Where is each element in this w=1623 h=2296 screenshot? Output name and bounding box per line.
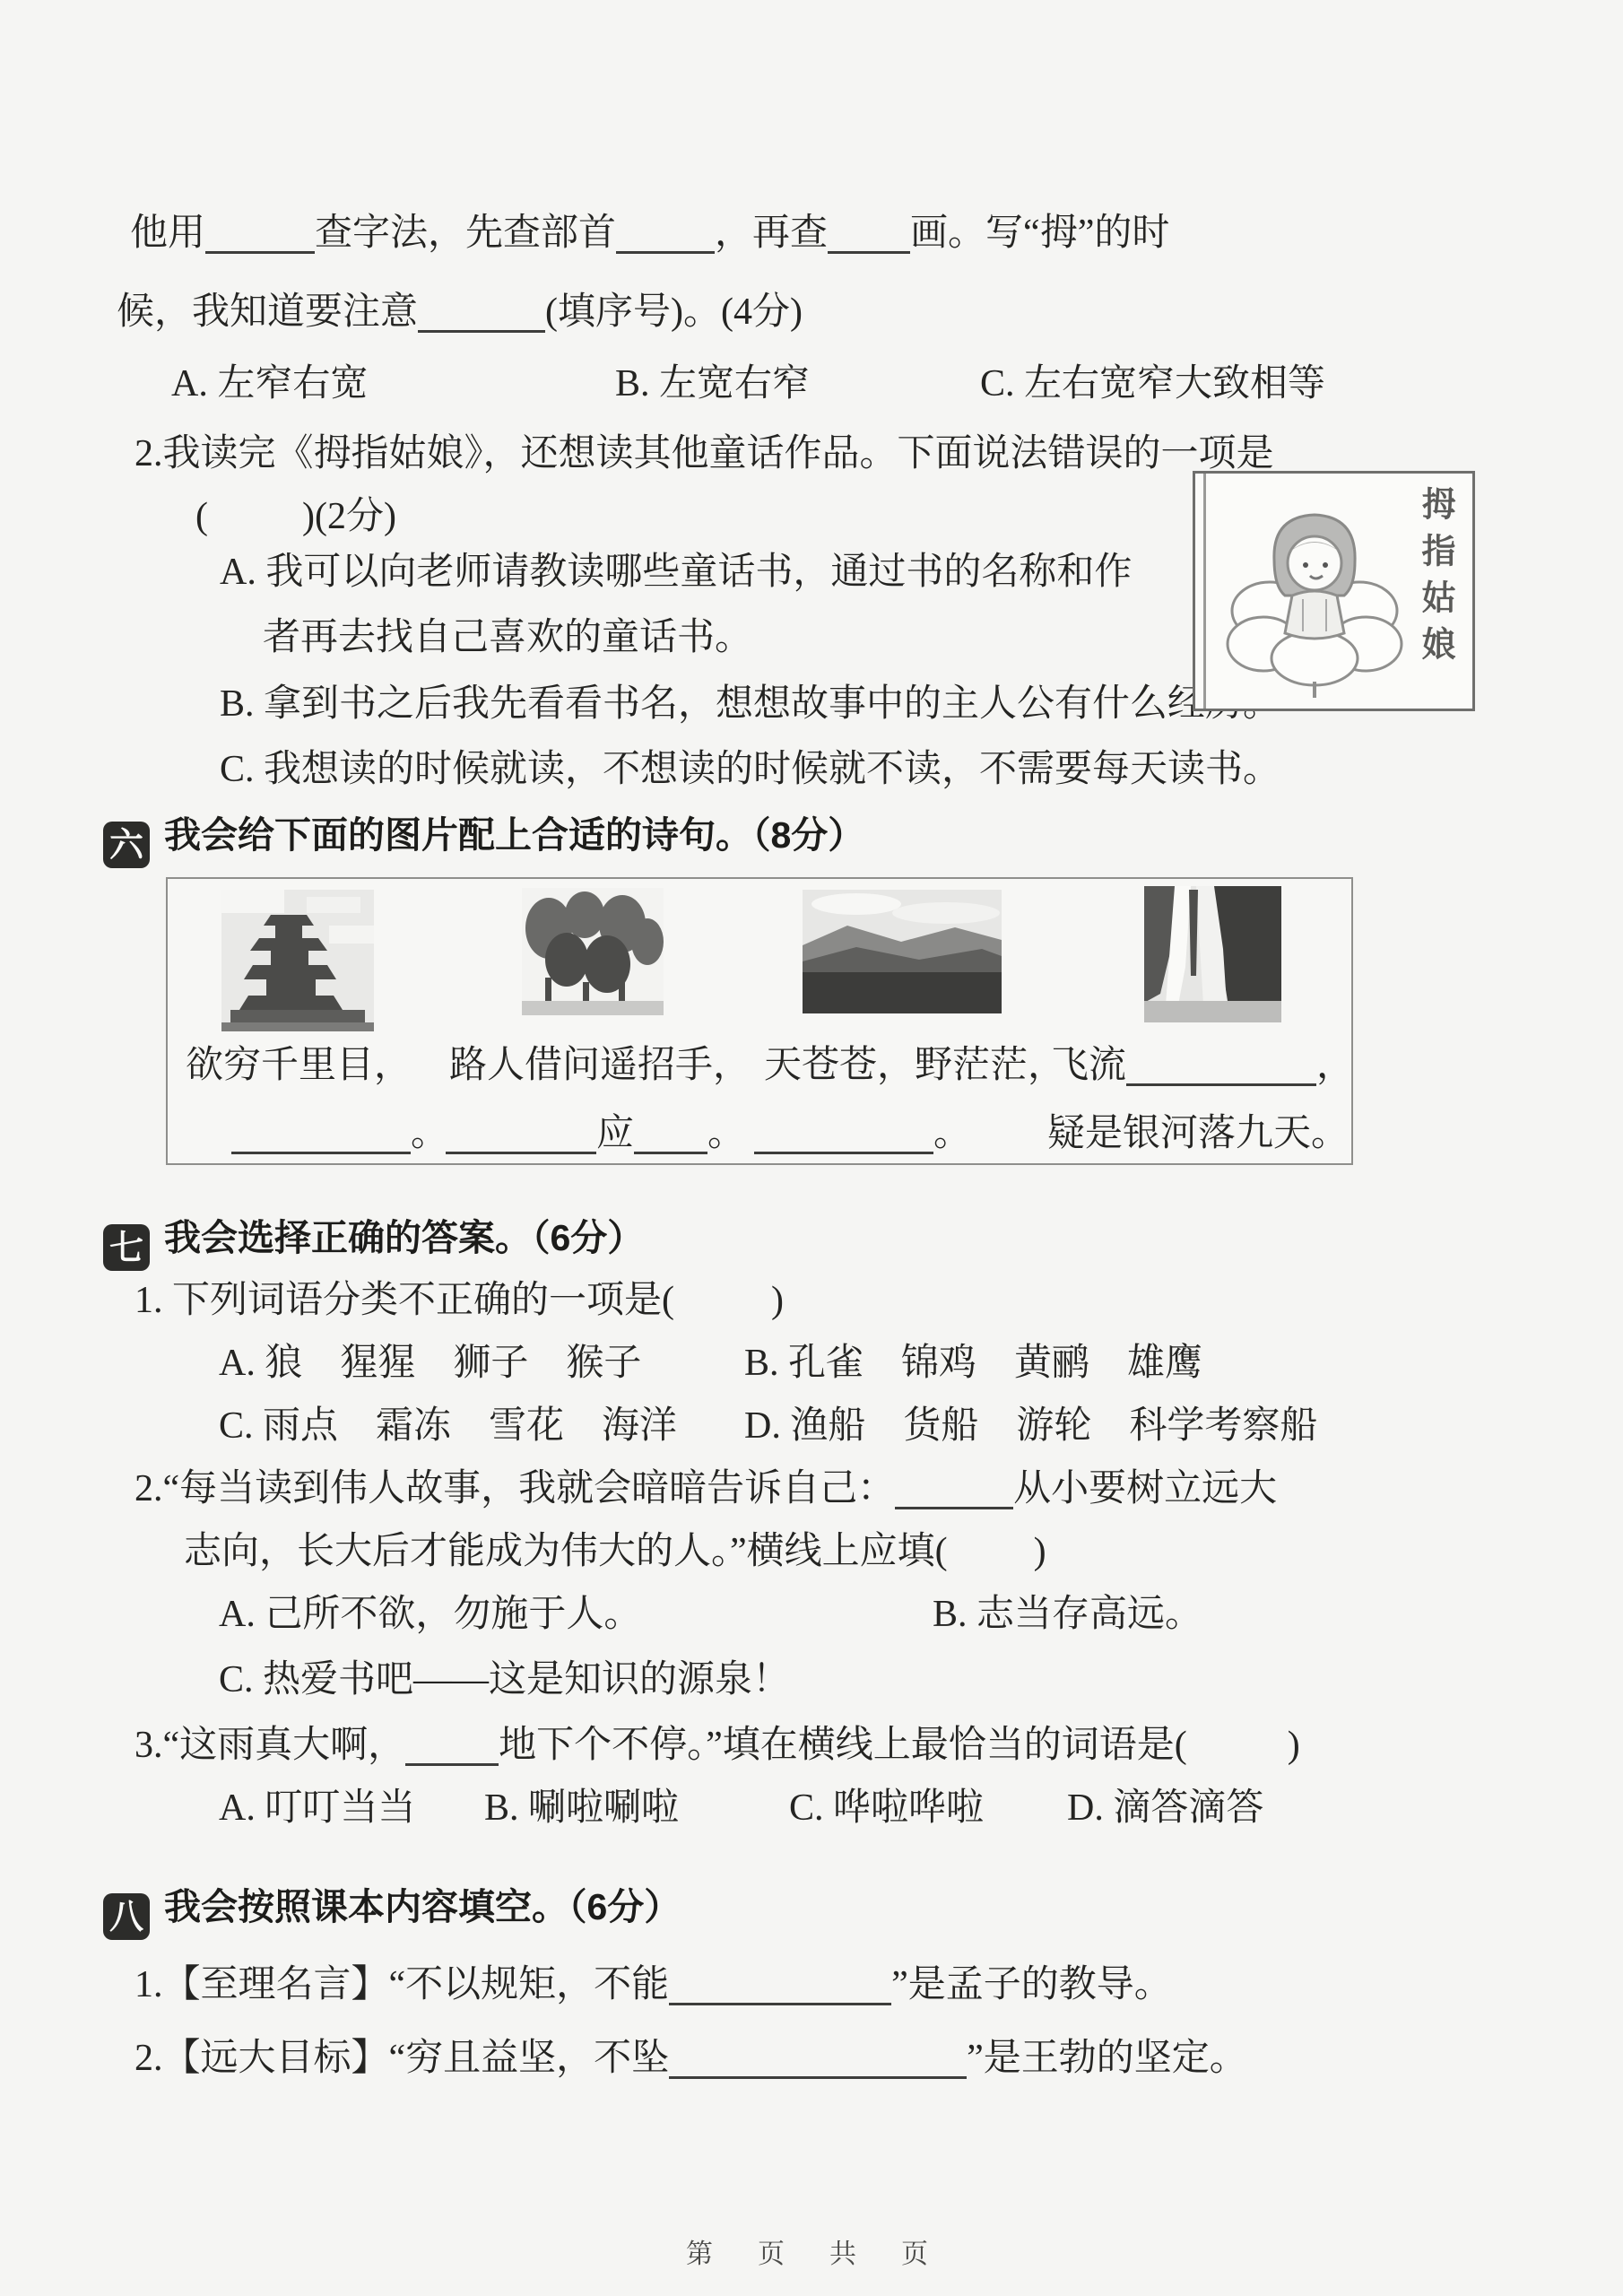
lookup-question-line1: 他用查字法，先查部首，再查画。写“拇”的时 xyxy=(0,208,1623,258)
s7-q2-stem-line2: 志向，长大后才能成为伟大的人。”横线上应填() xyxy=(0,1526,1623,1577)
section6-heading: 六我会给下面的图片配上合适的诗句。（8分） xyxy=(0,810,1623,868)
section6-number-icon: 六 xyxy=(103,822,150,868)
grassland-dusk-image xyxy=(803,890,1002,1013)
s7-q3-stem: 3.“这雨真大啊，地下个不停。”填在横线上最恰当的词语是() xyxy=(0,1720,1623,1770)
pagoda-tower-image xyxy=(221,890,374,1031)
thumbelina-book-cover: 拇指姑娘 xyxy=(1193,471,1475,711)
book-title-vertical: 拇指姑娘 xyxy=(1410,486,1460,673)
poem-matching-box: 欲穷千里目， 路人借问遥招手， 天苍苍，野茫茫， 飞流， 。 应。 。 疑是银河… xyxy=(166,877,1353,1165)
poem4-line2: 疑是银河落九天。 xyxy=(1047,1103,1349,1157)
poem3-line2: 。 xyxy=(754,1103,971,1157)
poem1-line2: 。 xyxy=(231,1103,448,1157)
page-footer: 第 页 共 页 xyxy=(0,2231,1623,2271)
section7-title: 我会选择正确的答案。（6分） xyxy=(164,1217,644,1258)
riverside-trees-image xyxy=(522,888,664,1015)
poem2-line2: 应。 xyxy=(446,1103,745,1157)
waterfall-image xyxy=(1144,886,1281,1022)
section7-number-icon: 七 xyxy=(103,1224,150,1271)
lookup-question-line2: 候，我知道要注意(填序号)。(4分) xyxy=(0,287,1623,337)
exam-page: { "colors": { "page_bg": "#f5f5f3", "ink… xyxy=(0,0,1623,2296)
s8-item2: 2.【远大目标】“穷且益坚，不坠”是王勃的坚定。 xyxy=(0,2033,1623,2083)
poem3-line1: 天苍苍，野茫茫， xyxy=(764,1035,1065,1089)
section6-title: 我会给下面的图片配上合适的诗句。（8分） xyxy=(164,814,864,856)
poem4-line1: 飞流， xyxy=(1051,1035,1354,1089)
s7-q2-stem-line1: 2.“每当读到伟人故事，我就会暗暗告诉自己：从小要树立远大 xyxy=(0,1464,1623,1514)
poem2-line1: 路人借问遥招手， xyxy=(449,1035,751,1089)
section8-heading: 八我会按照课本内容填空。（6分） xyxy=(0,1882,1623,1940)
section8-title: 我会按照课本内容填空。（6分） xyxy=(164,1886,681,1927)
book-spine xyxy=(1203,474,1206,709)
question2-optionC: C. 我想读的时候就读，不想读的时候就不读，不需要每天读书。 xyxy=(0,744,1623,795)
s8-item1: 1.【至理名言】“不以规矩，不能”是孟子的教导。 xyxy=(0,1960,1623,2010)
s7-q1-stem: 1. 下列词语分类不正确的一项是() xyxy=(0,1275,1623,1326)
section8-number-icon: 八 xyxy=(103,1893,150,1940)
girl-in-flower-illustration xyxy=(1220,490,1409,702)
section7-heading: 七我会选择正确的答案。（6分） xyxy=(0,1213,1623,1271)
poem1-line1: 欲穷千里目， xyxy=(186,1035,412,1089)
